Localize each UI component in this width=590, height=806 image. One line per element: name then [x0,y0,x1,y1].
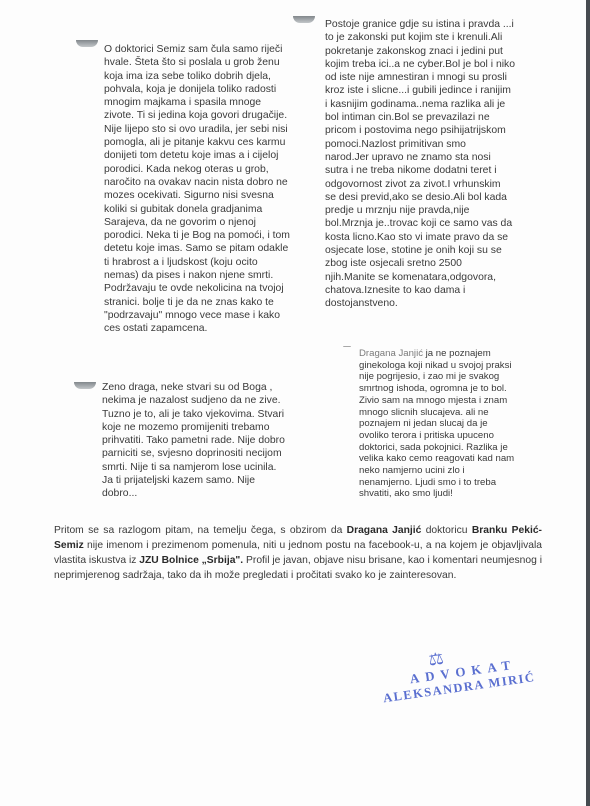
comment-screenshot-1: O doktorici Semiz sam čula samo riječi h… [104,43,319,336]
comment-text: O doktorici Semiz sam čula samo riječi h… [104,43,319,336]
comment-text: Zeno draga, neke stvari su od Boga , nek… [102,381,327,501]
comment-text: Dragana Janjić ja ne poznajem ginekologa… [359,348,549,500]
avatar-icon [74,382,96,389]
comment-screenshot-3: Zeno draga, neke stvari su od Boga , nek… [102,381,327,501]
page-edge-bar [586,0,590,806]
lawyer-stamp: ⚖ ADVOKAT ALEKSANDRA MIRIĆ [385,638,540,705]
avatar-icon [293,16,315,23]
comment-screenshot-4: Dragana Janjić ja ne poznajem ginekologa… [359,348,549,500]
comment-text: Postoje granice gdje su istina i pravda … [325,18,560,311]
body-paragraph: Pritom se sa razlogom pitam, na temelju … [54,523,542,583]
comment-author: Dragana Janjić [359,348,423,359]
avatar-icon [343,346,351,347]
avatar-icon [76,40,98,47]
name-dragana: Dragana Janjić [347,525,422,536]
comment-screenshot-2: Postoje granice gdje su istina i pravda … [325,18,560,311]
hospital-name: JZU Bolnice „Srbija". [139,555,243,566]
